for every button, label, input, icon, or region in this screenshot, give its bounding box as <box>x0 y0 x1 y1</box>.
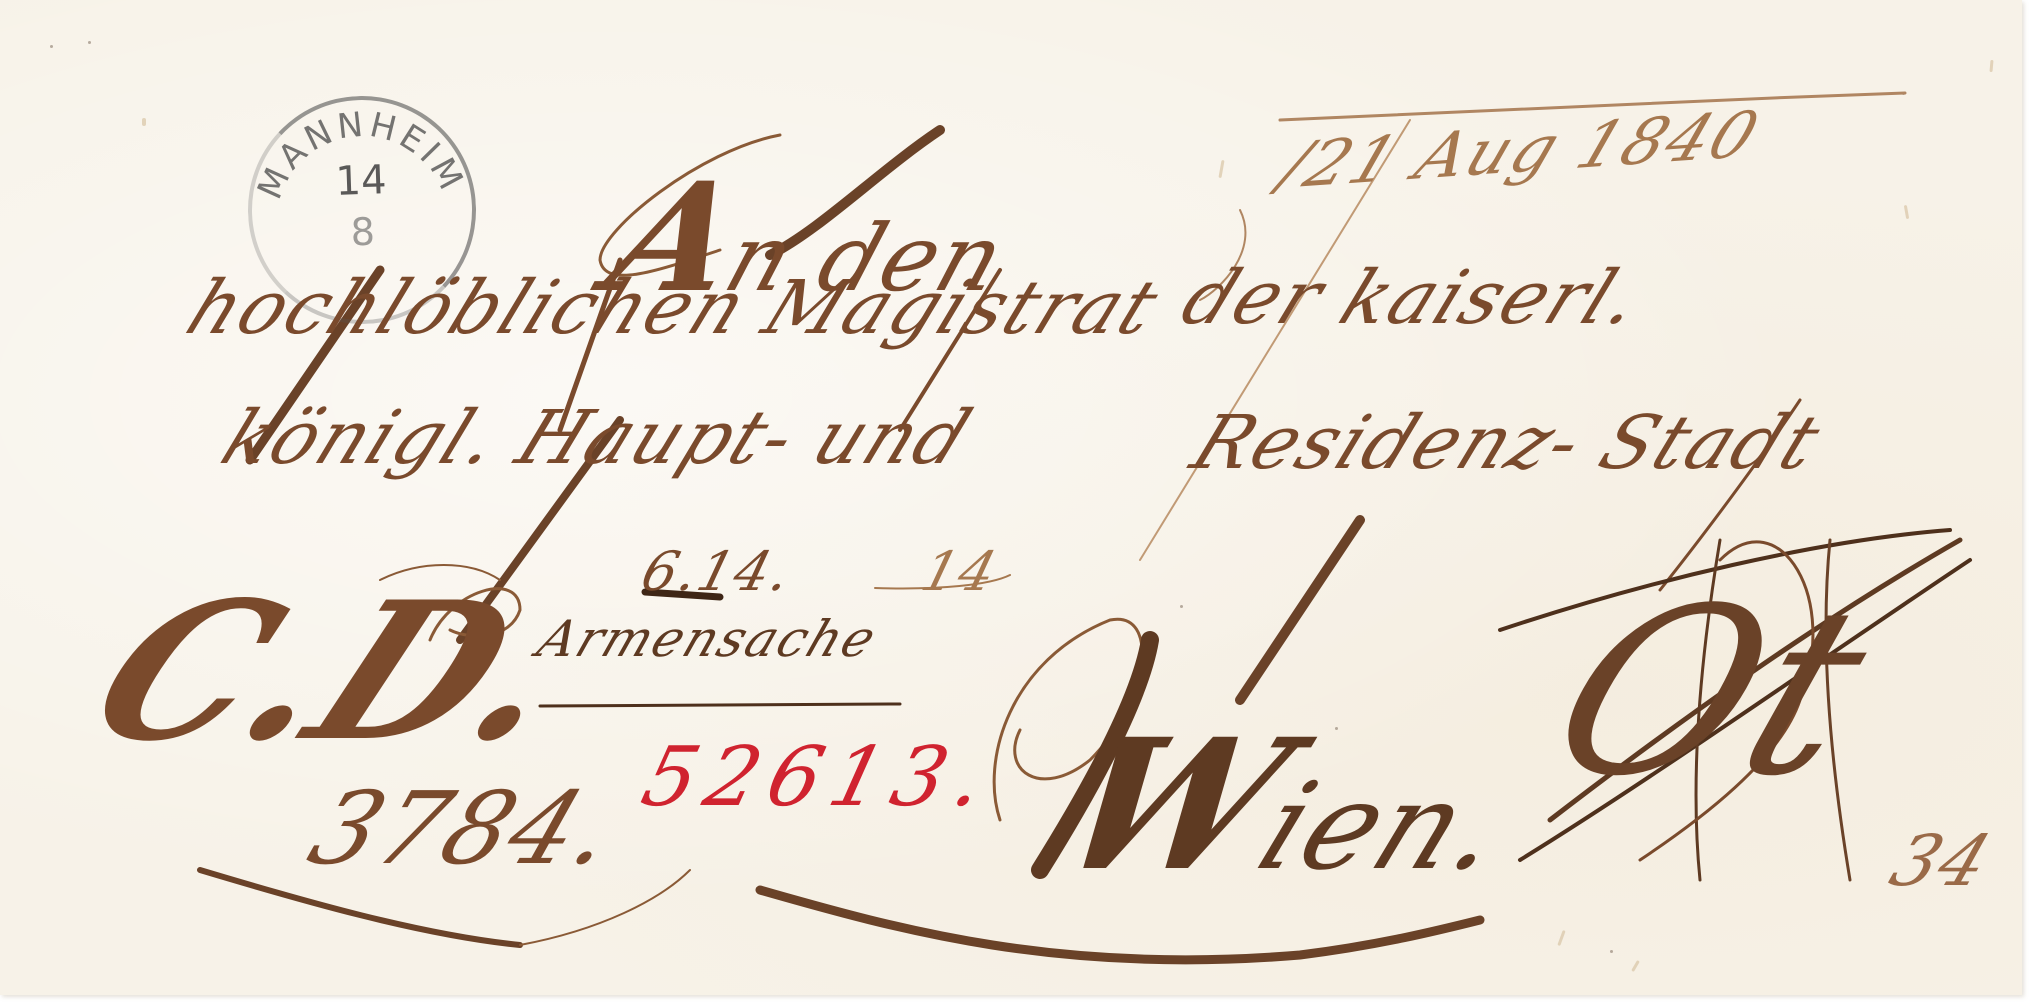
subject-annotation: Armensache <box>530 610 886 668</box>
postmark-month: 8 <box>252 206 473 258</box>
paper-fiber <box>142 118 146 126</box>
destination-city: Wien. <box>1030 700 1552 911</box>
paper-speck <box>1180 605 1183 608</box>
paper-speck <box>88 41 91 44</box>
paper-fiber <box>1989 60 1993 72</box>
paper-speck <box>1902 92 1905 95</box>
postmark-day: 14 <box>250 154 471 208</box>
address-line-3a: königl. Haupt- und <box>210 395 984 481</box>
red-docket-number: 52613. <box>633 730 1004 825</box>
paper-speck <box>1610 950 1613 953</box>
paper-fiber <box>1218 160 1224 178</box>
address-line-3b: Residenz- Stadt <box>1180 400 1834 486</box>
paper-fiber <box>1904 205 1909 219</box>
registry-number: 3784. <box>295 770 634 887</box>
address-line-2a: hochlöblichen Magistrat <box>175 265 1172 351</box>
fee-annotation: 6.14. <box>635 540 799 603</box>
address-line-2b: der kaiserl. <box>1170 255 1656 341</box>
paper-fiber <box>1631 960 1640 972</box>
paper-speck <box>50 45 53 48</box>
paper-fiber <box>1557 930 1565 946</box>
